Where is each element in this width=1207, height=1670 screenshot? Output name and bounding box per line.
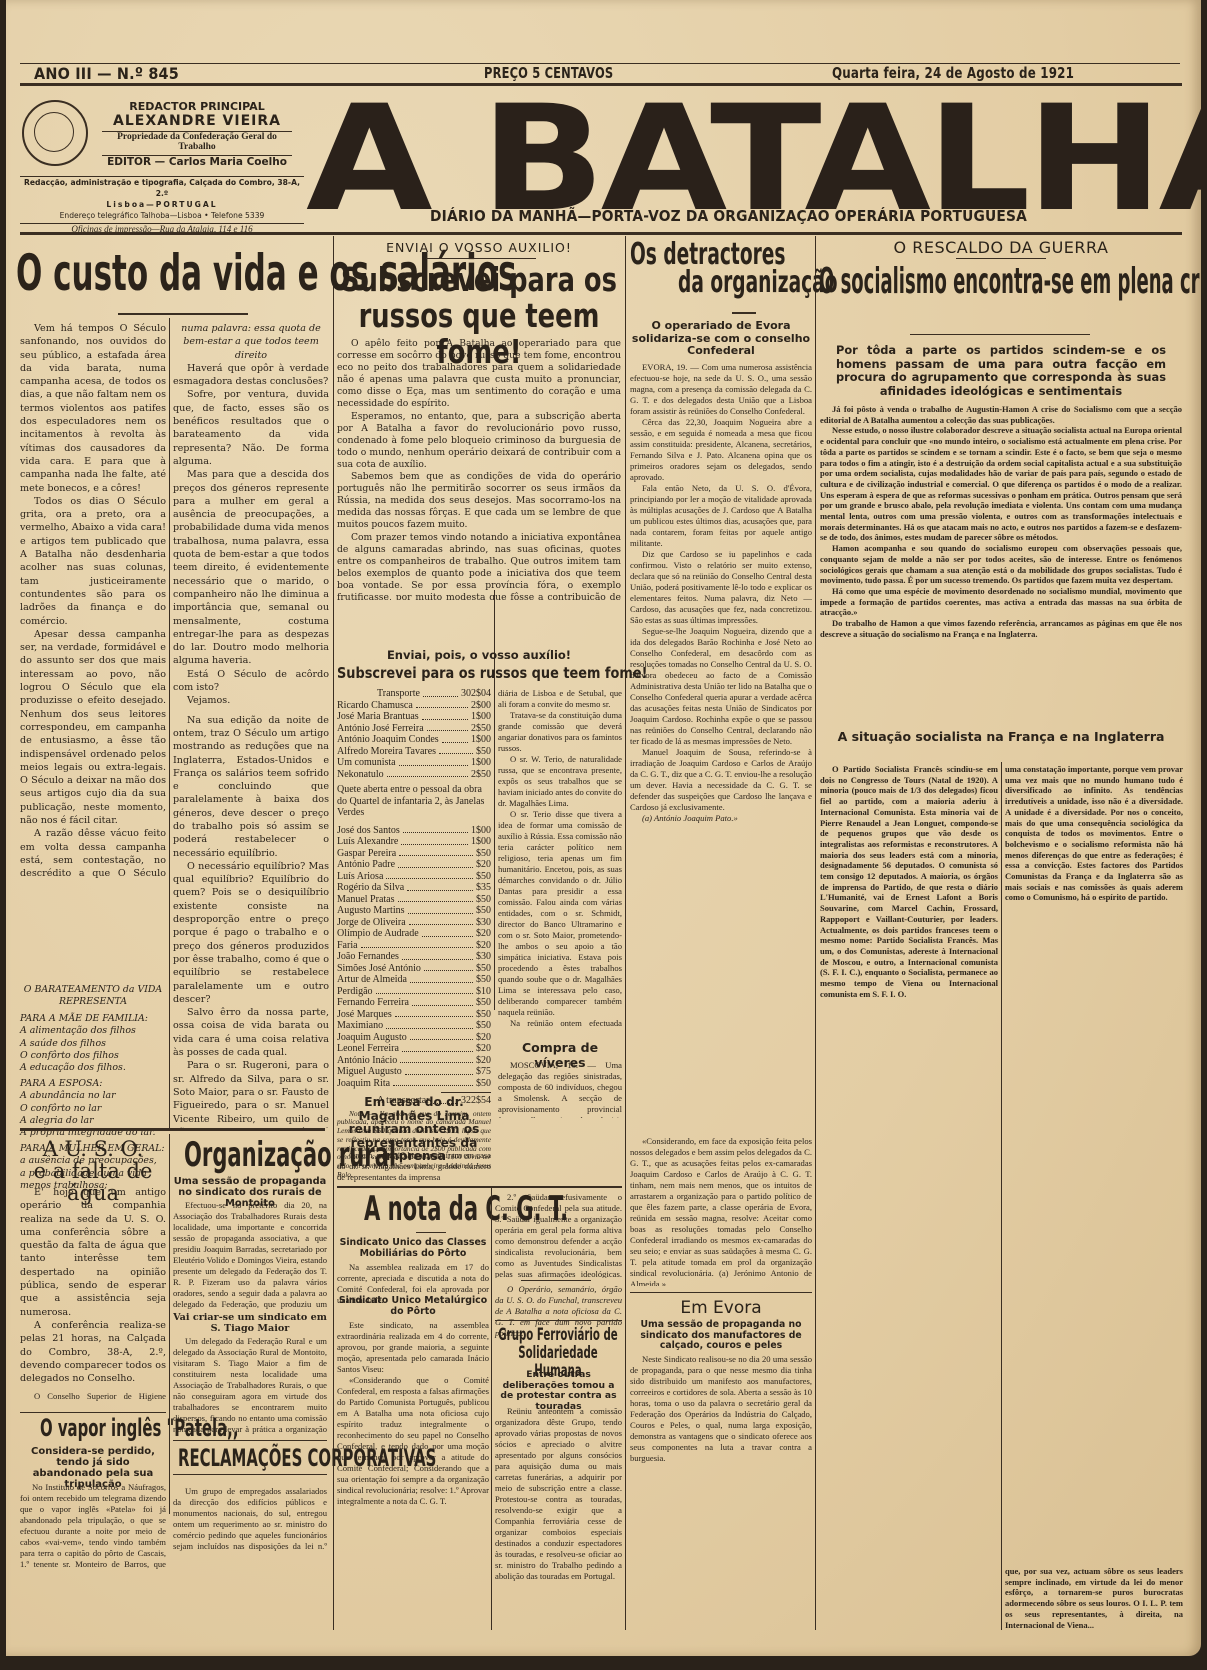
donor-amount: 1$00 (471, 734, 491, 746)
legend-heading: PARA A ESPOSA: (20, 1078, 166, 1090)
donor-row: Joaquim Rita$50 (337, 1078, 491, 1090)
donor-row: Olímpio de Audrade$20 (337, 928, 491, 940)
transport-value: 302$04 (461, 688, 491, 700)
donor-row: António Inácio$20 (337, 1055, 491, 1067)
paragraph: diária de Lisboa e de Setubal, que ali f… (498, 688, 622, 710)
paragraph: Esperamos, no entanto, que, para a subsc… (337, 411, 621, 471)
paragraph: Efectuou-se no pretérito dia 20, na Asso… (173, 1200, 327, 1312)
uso-body: E' hoje que um antigo operário da compan… (20, 1186, 166, 1404)
donor-name: Maximiano (337, 1020, 383, 1032)
donor-row: Nekonatulo2$50 (337, 769, 491, 781)
cgt-seal-icon (22, 100, 88, 166)
donor-amount: $50 (476, 905, 491, 917)
paragraph: Cêrca das 22,30, Joaquim Nogueira abre a… (630, 417, 812, 483)
donor-amount: $10 (476, 986, 491, 998)
donor-amount: 2$50 (471, 769, 491, 781)
paragraph: «Considerando que o Comité Confederal, e… (337, 1375, 489, 1507)
rescaldo-section-col3: que, por sua vez, actuam sôbre os seus l… (1005, 1566, 1183, 1630)
newspaper-page: ANO III — N.º 845 PREÇO 5 CENTAVOS Quart… (6, 0, 1201, 1656)
donor-name: Luís Ariosa (337, 871, 383, 883)
paragraph: Todos os dias O Século grita, ora a pret… (20, 495, 166, 628)
donor-row: Augusto Martins$50 (337, 905, 491, 917)
donor-name: Um comunista (337, 757, 396, 769)
legend-heading: PARA A MÃE DE FAMILIA: (20, 1013, 166, 1025)
donor-row: João Fernandes$30 (337, 951, 491, 963)
paragraph: Sofre, por ventura, duvida que, de facto… (173, 388, 329, 468)
donor-name: João Fernandes (337, 951, 399, 963)
legend-item: A saúde dos filhos (20, 1038, 166, 1050)
donor-row: Luís Alexandre1$00 (337, 836, 491, 848)
newspaper-subtitle: DIÁRIO DA MANHÃ—PORTA-VOZ DA ORGANIZAÇÃO… (430, 207, 1027, 225)
legend-title: O BARATEAMENTO da VIDA REPRESENTA (20, 984, 166, 1009)
paragraph: O apêlo feito por A Batalha ao operariad… (337, 338, 621, 411)
ferroviario-body: Reüniu anteontem a comissão organizadora… (495, 1406, 622, 1626)
nota-body-2: Este sindicato, na assemblea extraordiná… (337, 1320, 489, 1630)
donor-name: José dos Santos (337, 825, 400, 837)
paragraph: Com prazer temos vindo notando a iniciat… (337, 532, 621, 601)
reclamacoes-body: Um grupo de empregados assalariados da d… (173, 1486, 327, 1552)
paragraph: Para o sr. Rugeroni, para o sr. Alfredo … (173, 1059, 329, 1128)
rescaldo-deck: Por tôda a parte os partidos scindem-se … (836, 344, 1166, 398)
paragraph: E' hoje que um antigo operário da compan… (20, 1186, 166, 1319)
donors-group-b: José dos Santos1$00Luís Alexandre1$00Gas… (337, 825, 491, 1090)
em-evora-body: Neste Sindicato realisou-se no dia 20 um… (630, 1354, 812, 1630)
rural-subhead-2: Vai criar-se um sindicato em S. Tiago Ma… (173, 1312, 327, 1334)
rescaldo-section-col2: uma constatação importante, porque vem p… (1005, 764, 1183, 1544)
paragraph: Ontem, pelas 15 horas, reüniram em casa … (337, 1150, 491, 1183)
donor-name: Olímpio de Audrade (337, 928, 419, 940)
paragraph: Tratava-se da constituição duma grande c… (498, 710, 622, 754)
rescaldo-headline: O socialismo encontra-se em plena crise (819, 264, 1207, 300)
paragraph: A razão dêsse vácuo feito em volta dessa… (20, 827, 166, 882)
detractores-subhead: O operariado de Evora solidariza-se com … (630, 320, 812, 358)
donor-name: Simões José António (337, 963, 421, 975)
donor-row: António José Ferreira2$50 (337, 723, 491, 735)
legend-item: O confôrto dos filhos (20, 1050, 166, 1062)
paragraph: Este sindicato, na assemblea extraordiná… (337, 1320, 489, 1375)
headline-rule (118, 313, 248, 315)
transport-row: Transporte 302$04 (337, 688, 491, 700)
donor-name: Fernando Ferreira (337, 997, 409, 1009)
paragraph: Segue-se-lhe Joaquim Nogueira, dizendo q… (630, 626, 812, 747)
donor-row: António Padre$20 (337, 859, 491, 871)
col-divider (815, 236, 816, 676)
paragraph: Fala então Neto, da U. S. O. d'Évora, pr… (630, 483, 812, 549)
paragraph: O sr. Terio disse que tivera a idea de f… (498, 809, 622, 1018)
paragraph: Salvo êrro da nossa parte, ossa coisa de… (173, 1006, 329, 1059)
donor-amount: $20 (476, 1055, 491, 1067)
paragraph: Neste Sindicato realisou-se no dia 20 um… (630, 1354, 812, 1464)
donor-row: Rogério da Silva$35 (337, 882, 491, 894)
ornament-rule (495, 1320, 622, 1321)
donor-name: Joaquim Rita (337, 1078, 390, 1090)
quota-note: Quete aberta entre o pessoal da obra do … (337, 784, 491, 819)
donor-name: António Joaquim Condes (337, 734, 439, 746)
donor-amount: $30 (476, 917, 491, 929)
donor-name: Augusto Martins (337, 905, 405, 917)
russos-repeat-kicker: Enviai, pois, o vosso auxílio! (337, 648, 621, 662)
legend-item: A alimentação dos filhos (20, 1025, 166, 1037)
col-divider (491, 1188, 492, 1630)
donor-amount: $50 (476, 974, 491, 986)
headline-rule (732, 312, 756, 314)
paragraph: Vem há tempos O Século sanfonando, nos o… (20, 322, 166, 495)
donor-row: José Maria Brantuas1$00 (337, 711, 491, 723)
paragraph: Na sua edição da noite de ontem, traz O … (173, 714, 329, 860)
editor-line: EDITOR — Carlos Maria Coelho (102, 155, 292, 168)
donor-amount: $50 (476, 848, 491, 860)
ornament-rule (173, 1474, 327, 1475)
donor-name: Nekonatulo (337, 769, 384, 781)
donor-row: Maximiano$50 (337, 1020, 491, 1032)
legend-item: A educação dos filhos. (20, 1062, 166, 1074)
donor-row: Gaspar Pereira$50 (337, 848, 491, 860)
donor-name: Ricardo Chamusca (337, 700, 413, 712)
transport-label: Transporte (337, 688, 420, 700)
donor-name: Perdigão (337, 986, 373, 998)
rural-body: Efectuou-se no pretérito dia 20, na Asso… (173, 1200, 327, 1312)
paragraph: Apesar dessa campanha ser, na verdade, f… (20, 628, 166, 827)
donors-group-a: Ricardo Chamusca2$00José Maria Brantuas1… (337, 700, 491, 781)
donor-name: António Inácio (337, 1055, 397, 1067)
rescaldo-body: Já foi pôsto à venda o trabalho de Augus… (820, 404, 1182, 662)
donor-row: Simões José António$50 (337, 963, 491, 975)
nota-sub-1: Sindicato Unico das Classes Mobiliárias … (337, 1238, 489, 1259)
donor-amount: $20 (476, 859, 491, 871)
paragraph: EVORA, 19. — Com uma numerosa assistênci… (630, 362, 812, 417)
ownership-line: Propriedade da Confederação Geral do Tra… (102, 131, 292, 152)
donor-name: António José Ferreira (337, 723, 424, 735)
ornament-rule (20, 1412, 166, 1413)
paragraph: A conferência realiza-se pelas 21 horas,… (20, 1319, 166, 1385)
donor-name: Joaquim Augusto (337, 1032, 407, 1044)
address-line: Redacção, administração e tipografia, Ca… (20, 177, 304, 199)
col-divider (1001, 762, 1002, 1630)
russos-kicker: ENVIAI O VOSSO AUXILIO! (337, 240, 621, 255)
donor-name: Rogério da Silva (337, 882, 404, 894)
kicker-rule (426, 258, 536, 259)
paragraph: «Considerando, em face da exposição feit… (630, 1136, 812, 1286)
magalhaes-body: Ontem, pelas 15 horas, reüniram em casa … (337, 1150, 491, 1184)
donor-name: Alfredo Moreira Tavares (337, 746, 436, 758)
donor-amount: $50 (476, 997, 491, 1009)
donor-amount: $35 (476, 882, 491, 894)
donor-row: Alfredo Moreira Tavares$50 (337, 746, 491, 758)
paragraph: Nesse estudo, o nosso ilustre colaborado… (820, 425, 1182, 543)
col-divider (333, 236, 334, 1630)
russos-repeat-headline: Subscrevei para os russos que teem fome! (337, 664, 595, 682)
signature: (a) António Joaquim Pato.» (630, 813, 812, 824)
col-divider (625, 236, 626, 1630)
telegraph-line: Endereço telegráfico Talhoba—Lisboa • Te… (20, 210, 304, 221)
donor-row: Ricardo Chamusca2$00 (337, 700, 491, 712)
nota-sub-2: Sindicato Unico Metalúrgico do Pôrto (337, 1296, 489, 1317)
donor-row: Manuel Pratas$50 (337, 894, 491, 906)
paragraph: Na reünião ontem efectuada deliberou-se … (498, 1018, 622, 1028)
paragraph: MOSCOVIA, 16. — Uma delegação das regiõe… (498, 1060, 622, 1118)
legend-item: A abundância no lar (20, 1090, 166, 1102)
masthead-bottom-rule (20, 232, 1182, 235)
donor-row: José Marques$50 (337, 1009, 491, 1021)
donor-amount: $50 (476, 746, 491, 758)
paragraph: O sr. W. Terio, de naturalidade russa, q… (498, 754, 622, 809)
legend-item: O confôrto no lar (20, 1103, 166, 1115)
donor-amount: 1$00 (471, 711, 491, 723)
paragraph: No Instituto de Socorros a Náufragos, fo… (20, 1482, 166, 1572)
donor-row: Luís Ariosa$50 (337, 871, 491, 883)
donor-amount: 1$00 (471, 757, 491, 769)
donor-row: Perdigão$10 (337, 986, 491, 998)
kicker-rule (956, 258, 1046, 259)
donor-amount: $20 (476, 1032, 491, 1044)
donor-row: Artur de Almeida$50 (337, 974, 491, 986)
donor-row: Joaquim Augusto$20 (337, 1032, 491, 1044)
donor-row: Miguel Augusto$75 (337, 1066, 491, 1078)
donor-amount: $20 (476, 940, 491, 952)
donor-name: Miguel Augusto (337, 1066, 402, 1078)
ornament-rule (630, 1292, 812, 1293)
paragraph: O Conselho Superior de Higiene emitiu pa… (20, 1391, 166, 1404)
paragraph: Diz que Cardoso se iu papelinhos e cada … (630, 549, 812, 626)
custo-col2: numa palavra: essa quota de bem-estar a … (173, 322, 329, 1128)
donor-amount: $50 (476, 1009, 491, 1021)
ornament-rule (173, 1440, 327, 1441)
donor-name: José Marques (337, 1009, 392, 1021)
donor-name: Manuel Pratas (337, 894, 395, 906)
col-divider (169, 318, 170, 1128)
donor-amount: $50 (476, 963, 491, 975)
donor-name: António Padre (337, 859, 395, 871)
uso-headline-line1: A U. S. O. (20, 1138, 166, 1160)
headline-rule (910, 334, 1090, 335)
donor-row: Jorge de Oliveira$30 (337, 917, 491, 929)
donor-amount: $50 (476, 871, 491, 883)
nota-right: 2.º Saüdar efusivamente o Comité Confede… (495, 1192, 622, 1278)
redactor-name: ALEXANDRE VIEIRA (102, 113, 292, 129)
patela-body: No Instituto de Socorros a Náufragos, fo… (20, 1482, 166, 1572)
paragraph: Está O Século de acôrdo com isto? (173, 668, 329, 695)
city-line: Lisboa—PORTUGAL (20, 199, 304, 210)
donor-amount: $20 (476, 1043, 491, 1055)
em-evora-subhead: Uma sessão de propaganda no sindicato do… (630, 1320, 812, 1352)
donor-amount: 1$00 (471, 836, 491, 848)
donor-name: Faria (337, 940, 358, 952)
donor-amount: $30 (476, 951, 491, 963)
address-block: Redacção, administração e tipografia, Ca… (20, 176, 304, 235)
donor-name: Leonel Ferreira (337, 1043, 399, 1055)
donor-row: Faria$20 (337, 940, 491, 952)
divider-rule (521, 1280, 591, 1281)
issue-number: ANO III — N.º 845 (34, 64, 179, 83)
donor-amount: $50 (476, 1078, 491, 1090)
donor-amount: 2$50 (471, 723, 491, 735)
donor-row: José dos Santos1$00 (337, 825, 491, 837)
donor-amount: $50 (476, 1020, 491, 1032)
donor-row: Leonel Ferreira$20 (337, 1043, 491, 1055)
donor-name: Luís Alexandre (337, 836, 398, 848)
donor-amount: $75 (476, 1066, 491, 1078)
detractores-body: EVORA, 19. — Com uma numerosa assistênci… (630, 362, 812, 1082)
paragraph: Já foi pôsto à venda o trabalho de Augus… (820, 404, 1182, 425)
paragraph: O Partido Socialista Francês scindiu-se … (820, 764, 998, 999)
donor-amount: 2$00 (471, 700, 491, 712)
paragraph: numa palavra: essa quota de bem-estar a … (173, 322, 329, 362)
donor-name: José Maria Brantuas (337, 711, 419, 723)
paragraph: Hamon acompanha e sou quando do socialis… (820, 543, 1182, 586)
paragraph: 2.º Saüdar efusivamente o Comité Confede… (495, 1192, 622, 1278)
paragraph: Manuel Joaquim de Sousa, referindo-se à … (630, 747, 812, 813)
section-rule (20, 1128, 325, 1131)
section-rule (337, 1186, 622, 1188)
paragraph: Um delegado da Federação Rural e um dele… (173, 1336, 327, 1436)
rescaldo-kicker: O RESCALDO DA GUERRA (820, 238, 1182, 257)
compra-body: MOSCOVIA, 16. — Uma delegação das regiõe… (498, 1060, 622, 1118)
donor-row: Fernando Ferreira$50 (337, 997, 491, 1009)
russos-body: O apêlo feito por A Batalha ao operariad… (337, 338, 621, 600)
paragraph: Sabemos bem que as condições de vida do … (337, 471, 621, 531)
donor-amount: $50 (476, 894, 491, 906)
custo-col1: Vem há tempos O Século sanfonando, nos o… (20, 322, 166, 882)
detractores-headline-2: da organização (678, 268, 838, 298)
paragraph: Do trabalho de Hamon a que vimos fazendo… (820, 618, 1182, 639)
paragraph: uma constatação importante, porque vem p… (1005, 764, 1183, 903)
em-evora-headline: Em Evora (630, 1298, 812, 1318)
col-divider (169, 1134, 170, 1514)
detractores-motion: «Considerando, em face da exposição feit… (630, 1136, 812, 1286)
paragraph: Um grupo de empregados assalariados da d… (173, 1486, 327, 1552)
rural-body-2: Um delegado da Federação Rural e um dele… (173, 1336, 327, 1436)
donor-name: Artur de Almeida (337, 974, 407, 986)
rescaldo-section-head: A situação socialista na França e na Ing… (836, 730, 1166, 744)
donor-name: Jorge de Oliveira (337, 917, 406, 929)
donor-row: António Joaquim Condes1$00 (337, 734, 491, 746)
editor-block: REDACTOR PRINCIPAL ALEXANDRE VIEIRA Prop… (102, 100, 292, 168)
legend-item: A alegria do lar (20, 1115, 166, 1127)
donor-amount: $20 (476, 928, 491, 940)
donor-row: Um comunista1$00 (337, 757, 491, 769)
paragraph: Reüniu anteontem a comissão organizadora… (495, 1406, 622, 1582)
paragraph: Mas para que a descida dos preços dos gé… (173, 468, 329, 667)
paragraph: Vejamos. (173, 694, 329, 707)
redactor-label: REDACTOR PRINCIPAL (102, 100, 292, 113)
russos-right-col: diária de Lisboa e de Setubal, que ali f… (498, 688, 622, 1028)
donor-name: Gaspar Pereira (337, 848, 396, 860)
paragraph: Há como que uma espécie de movimento des… (820, 586, 1182, 618)
rescaldo-section-col1: O Partido Socialista Francês scindiu-se … (820, 764, 998, 1630)
col-divider (815, 676, 816, 1630)
paragraph: O necessário equilíbrio? Mas qual equilí… (173, 860, 329, 1006)
headline-rule (416, 1232, 446, 1233)
donor-amount: 1$00 (471, 825, 491, 837)
paragraph: que, por sua vez, actuam sôbre os seus l… (1005, 1566, 1183, 1630)
paragraph: Haverá que opôr à verdade esmagadora des… (173, 362, 329, 389)
